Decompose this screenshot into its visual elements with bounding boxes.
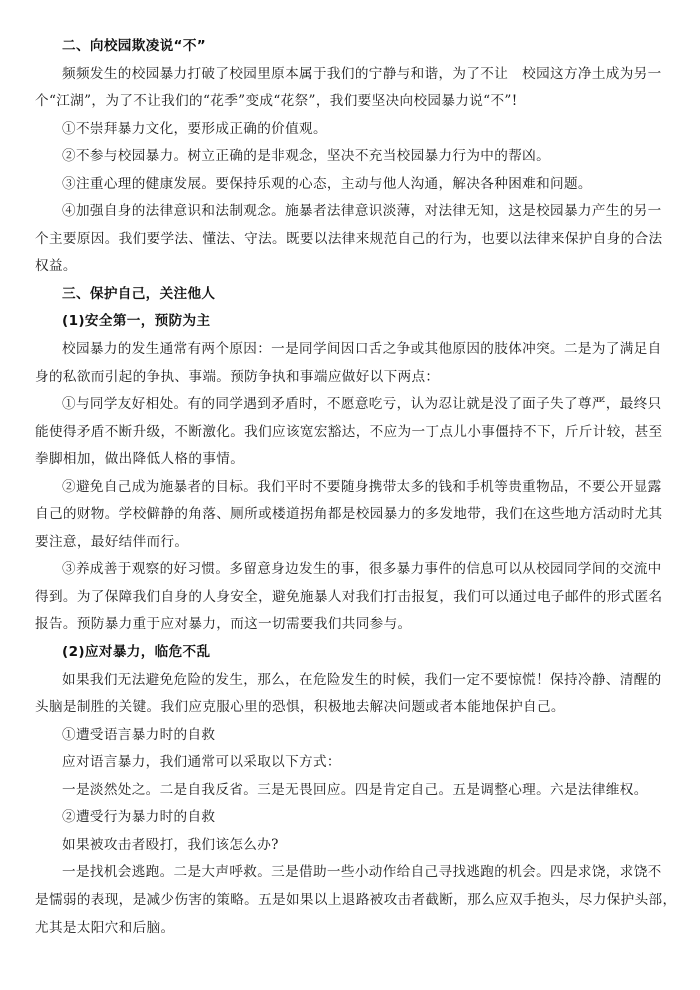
paragraph-line: 个“江湖”，为了不让我们的“花季”变成“花祭”，我们要坚决向校园暴力说“不”! — [35, 88, 675, 116]
subsection-heading: (1)安全第一，预防为主 — [35, 308, 675, 336]
list-item: ①与同学友好相处。有的同学遇到矛盾时，不愿意吃亏，认为忍让就是没了面子失了尊严，… — [35, 391, 675, 419]
paragraph-line: 拳脚相加，做出降低人格的事情。 — [35, 446, 675, 474]
paragraph-line: 如果被攻击者殴打，我们该怎么办? — [35, 832, 675, 860]
paragraph-line: 自己的财物。学校僻静的角落、厕所或楼道拐角都是校园暴力的多发地带，我们在这些地方… — [35, 501, 675, 529]
list-item: ①遭受语言暴力时的自救 — [35, 722, 675, 750]
list-item: ②不参与校园暴力。树立正确的是非观念，坚决不充当校园暴力行为中的帮凶。 — [35, 143, 675, 171]
list-item: ②避免自己成为施暴者的目标。我们平时不要随身携带太多的钱和手机等贵重物品，不要公… — [35, 474, 675, 502]
paragraph-line: 个主要原因。我们要学法、懂法、守法。既要以法律来规范自己的行为，也要以法律来保护… — [35, 226, 675, 254]
paragraph-line: 是懦弱的表现，是减少伤害的策略。五是如果以上退路被攻击者截断，那么应双手抱头，尽… — [35, 887, 675, 915]
list-item: ③养成善于观察的好习惯。多留意身边发生的事，很多暴力事件的信息可以从校园同学间的… — [35, 556, 675, 584]
paragraph-line: 尤其是太阳穴和后脑。 — [35, 915, 675, 943]
list-item: ③注重心理的健康发展。要保持乐观的心态，主动与他人沟通，解决各种困难和问题。 — [35, 171, 675, 199]
paragraph-line: 得到。为了保障我们自身的人身安全，避免施暴人对我们打击报复，我们可以通过电子邮件… — [35, 584, 675, 612]
paragraph-line: 能使得矛盾不断升级，不断激化。我们应该宽宏豁达，不应为一丁点儿小事僵持不下，斤斤… — [35, 419, 675, 447]
paragraph-line: 报告。预防暴力重于应对暴力，而这一切需要我们共同参与。 — [35, 611, 675, 639]
paragraph-line: 应对语言暴力，我们通常可以采取以下方式： — [35, 749, 675, 777]
paragraph-line: 要注意，最好结伴而行。 — [35, 529, 675, 557]
paragraph-line: 如果我们无法避免危险的发生，那么，在危险发生的时候，我们一定不要惊慌！保持冷静、… — [35, 667, 675, 695]
document-page: 二、向校园欺凌说“不” 频频发生的校园暴力打破了校园里原本属于我们的宁静与和谐，… — [35, 33, 675, 942]
list-item: ②遭受行为暴力时的自救 — [35, 804, 675, 832]
paragraph-line: 校园暴力的发生通常有两个原因：一是同学间因口舌之争或其他原因的肢体冲突。二是为了… — [35, 336, 675, 364]
paragraph-line: 头脑是制胜的关键。我们应克服心里的恐惧，积极地去解决问题或者本能地保护自己。 — [35, 694, 675, 722]
paragraph-line: 权益。 — [35, 253, 675, 281]
list-item: ①不崇拜暴力文化，要形成正确的价值观。 — [35, 116, 675, 144]
paragraph-line: 频频发生的校园暴力打破了校园里原本属于我们的宁静与和谐，为了不让 校园这方净土成… — [35, 61, 675, 89]
paragraph-line: 身的私欲而引起的争执、事端。预防争执和事端应做好以下两点： — [35, 364, 675, 392]
list-item: ④加强自身的法律意识和法制观念。施暴者法律意识淡薄，对法律无知，这是校园暴力产生… — [35, 198, 675, 226]
section-heading: 二、向校园欺凌说“不” — [35, 33, 675, 61]
paragraph-line: 一是淡然处之。二是自我反省。三是无畏回应。四是肯定自己。五是调整心理。六是法律维… — [35, 777, 675, 805]
section-heading: 三、保护自己，关注他人 — [35, 281, 675, 309]
paragraph-line: 一是找机会逃跑。二是大声呼救。三是借助一些小动作给自己寻找逃跑的机会。四是求饶，… — [35, 859, 675, 887]
subsection-heading: (2)应对暴力，临危不乱 — [35, 639, 675, 667]
